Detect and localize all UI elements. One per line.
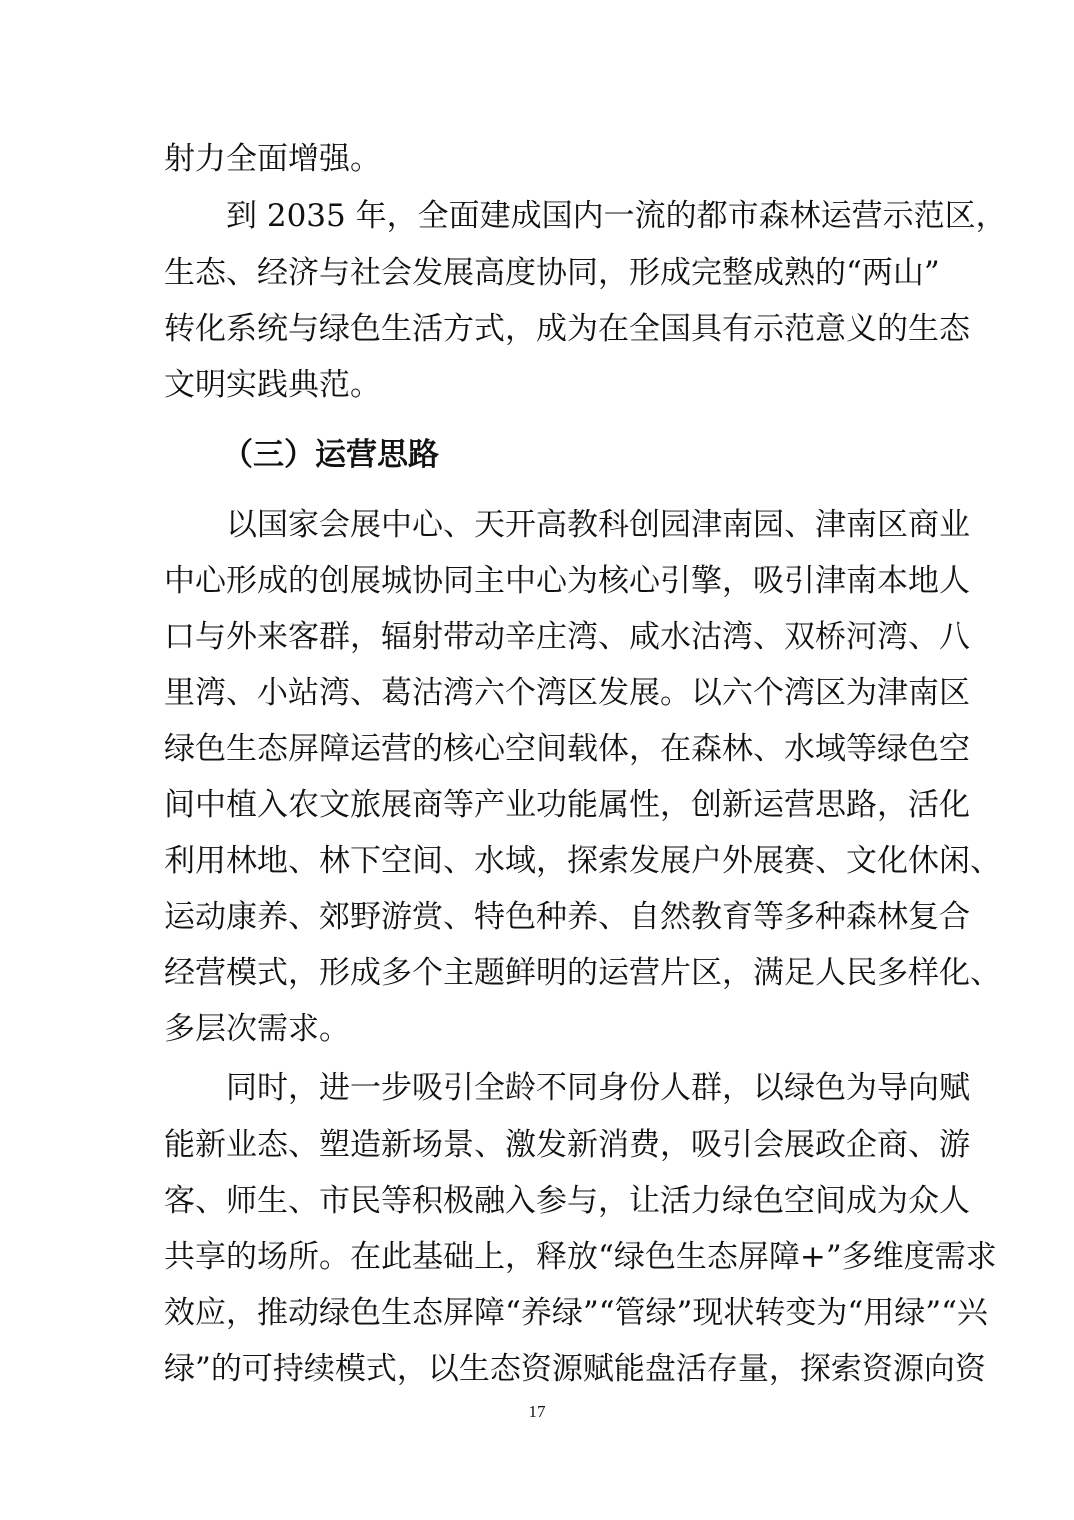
paragraph-line: 射力全面增强。 bbox=[164, 134, 912, 184]
paragraph-line: 到 2035 年，全面建成国内一流的都市森林运营示范区， bbox=[226, 191, 912, 241]
paragraph-line: 经营模式，形成多个主题鲜明的运营片区，满足人民多样化、 bbox=[164, 948, 912, 998]
paragraph-line: 绿”的可持续模式，以生态资源赋能盘活存量，探索资源向资 bbox=[164, 1344, 912, 1394]
paragraph-line: 利用林地、林下空间、水域，探索发展户外展赛、文化休闲、 bbox=[164, 836, 912, 886]
paragraph-line: 共享的场所。在此基础上，释放“绿色生态屏障+”多维度需求 bbox=[164, 1232, 912, 1282]
paragraph-line: 运动康养、郊野游赏、特色种养、自然教育等多种森林复合 bbox=[164, 892, 912, 942]
paragraph-line: 口与外来客群，辐射带动辛庄湾、咸水沽湾、双桥河湾、八 bbox=[164, 612, 912, 662]
paragraph-line: 生态、经济与社会发展高度协同，形成完整成熟的“两山” bbox=[164, 248, 912, 298]
paragraph-line: 效应，推动绿色生态屏障“养绿”“管绿”现状转变为“用绿”“兴 bbox=[164, 1288, 912, 1338]
paragraph-line: 间中植入农文旅展商等产业功能属性，创新运营思路，活化 bbox=[164, 780, 912, 830]
document-page: 射力全面增强。 到 2035 年，全面建成国内一流的都市森林运营示范区， 生态、… bbox=[0, 0, 1074, 1520]
page-number: 17 bbox=[0, 1402, 1074, 1422]
paragraph-line: 以国家会展中心、天开高教科创园津南园、津南区商业 bbox=[226, 500, 912, 550]
paragraph-line: 中心形成的创展城协同主中心为核心引擎，吸引津南本地人 bbox=[164, 556, 912, 606]
section-heading: （三）运营思路 bbox=[222, 430, 439, 480]
paragraph-line: 文明实践典范。 bbox=[164, 360, 912, 410]
paragraph-line: 能新业态、塑造新场景、激发新消费，吸引会展政企商、游 bbox=[164, 1120, 912, 1170]
paragraph-line: 绿色生态屏障运营的核心空间载体，在森林、水域等绿色空 bbox=[164, 724, 912, 774]
paragraph-line: 客、师生、市民等积极融入参与，让活力绿色空间成为众人 bbox=[164, 1176, 912, 1226]
paragraph-line: 里湾、小站湾、葛沽湾六个湾区发展。以六个湾区为津南区 bbox=[164, 668, 912, 718]
paragraph-line: 多层次需求。 bbox=[164, 1004, 912, 1054]
paragraph-line: 转化系统与绿色生活方式，成为在全国具有示范意义的生态 bbox=[164, 304, 912, 354]
paragraph-line: 同时，进一步吸引全龄不同身份人群，以绿色为导向赋 bbox=[226, 1063, 912, 1113]
